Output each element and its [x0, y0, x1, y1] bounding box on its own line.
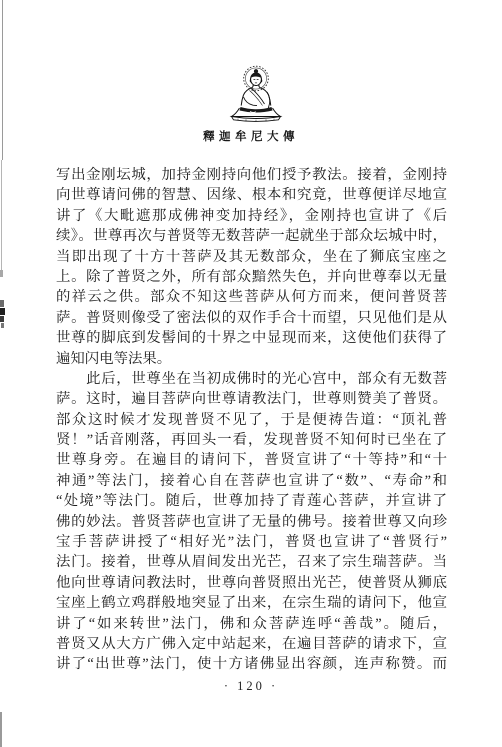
seated-buddha-icon [226, 63, 286, 125]
body-line: 法门。接着，世尊从眉间发出光芒，召来了宗生瑞菩萨。当 [56, 552, 447, 572]
body-line: 续》。世尊再次与普贤等无数菩萨一起就坐于部众坛城中时， [56, 226, 447, 246]
body-line: 此后，世尊坐在当初成佛时的光心宫中，部众有无数菩 [56, 369, 447, 389]
scan-smudge [0, 300, 4, 307]
body-line: 萨。这时，遍目菩萨向世尊请教法门，世尊则赞美了普贤。 [56, 389, 447, 409]
book-page: 釋迦牟尼大傳 写出金刚坛城，加持金刚持向他们授予教法。接着，金刚持向世尊请问佛的… [0, 0, 502, 747]
body-line: 萨。普贤则像受了密法似的双作手合十而望，只见他们是从 [56, 308, 447, 328]
body-line: 上。除了普贤之外，所有部众黯然失色，并向世尊奉以无量 [56, 267, 447, 287]
scan-edge-line [0, 712, 2, 747]
body-line: 贤！”话音刚落，再回头一看，发现普贤不知何时已坐在了 [56, 430, 447, 450]
buddha-illustration [226, 63, 286, 125]
body-line: 当即出现了十方十菩萨及其无数部众，坐在了狮底宝座之 [56, 247, 447, 267]
body-line: 普贤又从大方广佛入定中站起来，在遍目菩萨的请求下，宣 [56, 634, 447, 654]
body-text-block: 写出金刚坛城，加持金刚持向他们授予教法。接着，金刚持向世尊请问佛的智慧、因缘、根… [56, 165, 447, 675]
page-number: · 120 · [0, 679, 502, 694]
body-line: 讲了《大毗遮那成佛神变加持经》，金刚持也宣讲了《后 [56, 206, 447, 226]
body-line: 佛的妙法。普贤菩萨也宣讲了无量的佛号。接着世尊又向珍 [56, 512, 447, 532]
body-line: 的祥云之供。部众不知这些菩萨从何方而来，便问普贤菩 [56, 287, 447, 307]
body-line: 遍知闪电等法果。 [56, 349, 447, 369]
body-line: 世尊身旁。在遍目的请问下，普贤宣讲了“十等持”和“十 [56, 450, 447, 470]
scan-smudge [0, 316, 4, 322]
scan-smudge [1, 323, 4, 328]
body-line: 写出金刚坛城，加持金刚持向他们授予教法。接着，金刚持 [56, 165, 447, 185]
scan-smudge [0, 270, 3, 277]
body-line: 世尊的脚底到发髻间的十界之中显现而来，这使他们获得了 [56, 328, 447, 348]
body-line: 宝座上鹤立鸡群般地突显了出来，在宗生瑞的请问下，他宣 [56, 593, 447, 613]
body-line: 宝手菩萨讲授了“相好光”法门，普贤也宣讲了“普贤行” [56, 532, 447, 552]
body-line: 他向世尊请问教法时，世尊向普贤照出光芒，使普贤从狮底 [56, 573, 447, 593]
body-line: 向世尊请问佛的智慧、因缘、根本和究竟，世尊便详尽地宣 [56, 185, 447, 205]
scan-smudge [0, 308, 5, 315]
body-line: 讲了“出世尊”法门，使十方诸佛显出容颜，连声称赞。而 [56, 654, 447, 674]
body-line: 部众这时候才发现普贤不见了，于是便祷告道：“顶礼普 [56, 410, 447, 430]
body-line: “处境”等法门。随后，世尊加持了青莲心菩萨，并宣讲了 [56, 491, 447, 511]
scan-edge-line [1, 160, 2, 272]
book-title-caption: 釋迦牟尼大傳 [0, 128, 502, 144]
body-line: 神通”等法门，接着心自在菩萨也宣讲了“数”、“寿命”和 [56, 471, 447, 491]
body-line: 讲了“如来转世”法门，佛和众菩萨连呼“善哉”。随后， [56, 614, 447, 634]
